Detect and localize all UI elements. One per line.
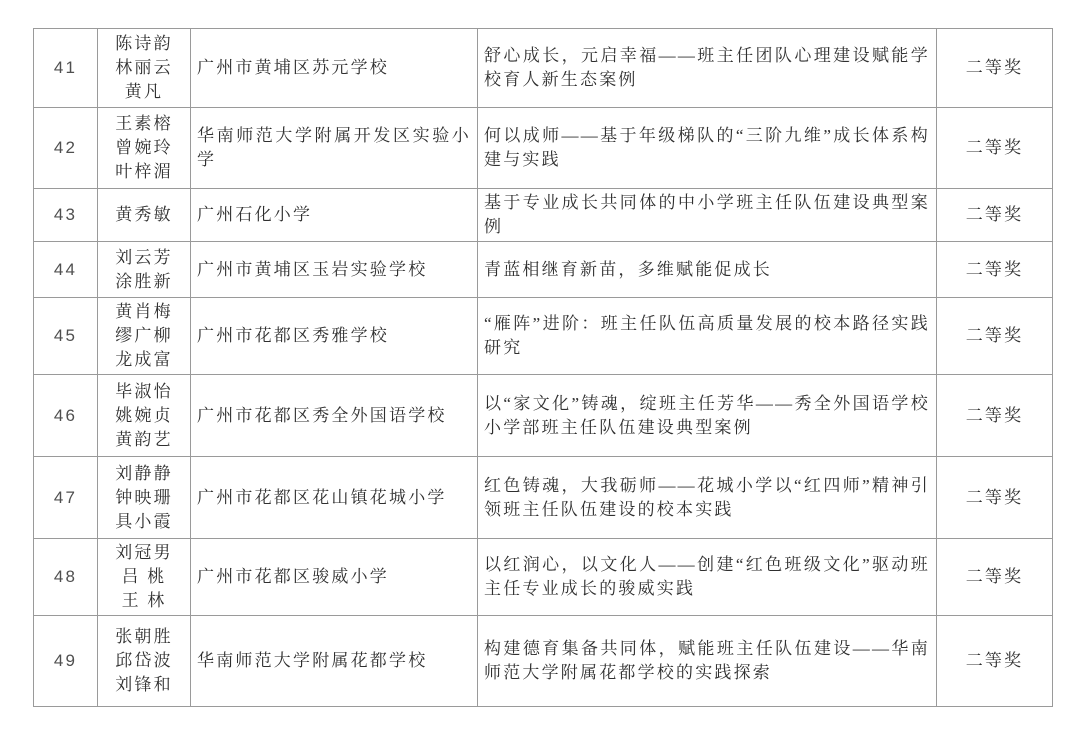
row-number-cell: 48	[34, 539, 98, 616]
table-row: 49张朝胜 邱岱波 刘锋和华南师范大学附属花都学校构建德育集备共同体，赋能班主任…	[34, 616, 1053, 707]
school-name-cell: 华南师范大学附属花都学校	[191, 616, 478, 707]
teacher-names-cell: 黄秀敏	[98, 189, 191, 242]
award-level-cell: 二等奖	[937, 189, 1053, 242]
teacher-names-cell: 毕淑怡 姚婉贞 黄韵艺	[98, 375, 191, 457]
school-name-cell: 广州石化小学	[191, 189, 478, 242]
table-row: 42王素榕 曾婉玲 叶梓湄华南师范大学附属开发区实验小学何以成师——基于年级梯队…	[34, 108, 1053, 189]
award-level-cell: 二等奖	[937, 29, 1053, 108]
school-name-cell: 广州市黄埔区玉岩实验学校	[191, 242, 478, 298]
row-number-cell: 46	[34, 375, 98, 457]
teacher-names-cell: 刘冠男 吕 桃 王 林	[98, 539, 191, 616]
table-row: 41陈诗韵 林丽云 黄凡广州市黄埔区苏元学校舒心成长，元启幸福——班主任团队心理…	[34, 29, 1053, 108]
table-row: 45黄肖梅 缪广柳 龙成富广州市花都区秀雅学校 “雁阵”进阶：班主任队伍高质量发…	[34, 298, 1053, 375]
award-level-cell: 二等奖	[937, 298, 1053, 375]
document-page: 41陈诗韵 林丽云 黄凡广州市黄埔区苏元学校舒心成长，元启幸福——班主任团队心理…	[0, 0, 1080, 743]
award-level-cell: 二等奖	[937, 375, 1053, 457]
achievement-title-cell: 基于专业成长共同体的中小学班主任队伍建设典型案例	[478, 189, 937, 242]
achievement-title-cell: 以“家文化”铸魂，绽班主任芳华——秀全外国语学校小学部班主任队伍建设典型案例	[478, 375, 937, 457]
achievement-title-cell: “雁阵”进阶：班主任队伍高质量发展的校本路径实践研究	[478, 298, 937, 375]
award-level-cell: 二等奖	[937, 616, 1053, 707]
achievement-title-cell: 何以成师——基于年级梯队的“三阶九维”成长体系构建与实践	[478, 108, 937, 189]
teacher-names-cell: 张朝胜 邱岱波 刘锋和	[98, 616, 191, 707]
award-level-cell: 二等奖	[937, 242, 1053, 298]
teacher-names-cell: 黄肖梅 缪广柳 龙成富	[98, 298, 191, 375]
school-name-cell: 广州市花都区骏威小学	[191, 539, 478, 616]
teacher-names-cell: 刘静静 钟映珊 具小霞	[98, 457, 191, 539]
school-name-cell: 华南师范大学附属开发区实验小学	[191, 108, 478, 189]
row-number-cell: 44	[34, 242, 98, 298]
school-name-cell: 广州市黄埔区苏元学校	[191, 29, 478, 108]
teacher-names-cell: 刘云芳 涂胜新	[98, 242, 191, 298]
achievement-title-cell: 构建德育集备共同体，赋能班主任队伍建设——华南师范大学附属花都学校的实践探索	[478, 616, 937, 707]
award-level-cell: 二等奖	[937, 108, 1053, 189]
row-number-cell: 47	[34, 457, 98, 539]
table-row: 44刘云芳 涂胜新广州市黄埔区玉岩实验学校青蓝相继育新苗，多维赋能促成长二等奖	[34, 242, 1053, 298]
table-row: 48刘冠男 吕 桃 王 林广州市花都区骏威小学以红润心，以文化人——创建“红色班…	[34, 539, 1053, 616]
achievement-title-cell: 青蓝相继育新苗，多维赋能促成长	[478, 242, 937, 298]
achievement-title-cell: 红色铸魂，大我砺师——花城小学以“红四师”精神引领班主任队伍建设的校本实践	[478, 457, 937, 539]
table-row: 47刘静静 钟映珊 具小霞广州市花都区花山镇花城小学红色铸魂，大我砺师——花城小…	[34, 457, 1053, 539]
school-name-cell: 广州市花都区秀雅学校	[191, 298, 478, 375]
table-row: 46毕淑怡 姚婉贞 黄韵艺广州市花都区秀全外国语学校以“家文化”铸魂，绽班主任芳…	[34, 375, 1053, 457]
table-row: 43黄秀敏广州石化小学基于专业成长共同体的中小学班主任队伍建设典型案例二等奖	[34, 189, 1053, 242]
teacher-names-cell: 王素榕 曾婉玲 叶梓湄	[98, 108, 191, 189]
achievement-title-cell: 舒心成长，元启幸福——班主任团队心理建设赋能学校育人新生态案例	[478, 29, 937, 108]
school-name-cell: 广州市花都区秀全外国语学校	[191, 375, 478, 457]
award-level-cell: 二等奖	[937, 457, 1053, 539]
teacher-names-cell: 陈诗韵 林丽云 黄凡	[98, 29, 191, 108]
achievement-title-cell: 以红润心，以文化人——创建“红色班级文化”驱动班主任专业成长的骏威实践	[478, 539, 937, 616]
school-name-cell: 广州市花都区花山镇花城小学	[191, 457, 478, 539]
row-number-cell: 42	[34, 108, 98, 189]
row-number-cell: 49	[34, 616, 98, 707]
award-level-cell: 二等奖	[937, 539, 1053, 616]
award-table: 41陈诗韵 林丽云 黄凡广州市黄埔区苏元学校舒心成长，元启幸福——班主任团队心理…	[33, 28, 1053, 707]
row-number-cell: 43	[34, 189, 98, 242]
award-table-body: 41陈诗韵 林丽云 黄凡广州市黄埔区苏元学校舒心成长，元启幸福——班主任团队心理…	[34, 29, 1053, 707]
row-number-cell: 41	[34, 29, 98, 108]
row-number-cell: 45	[34, 298, 98, 375]
